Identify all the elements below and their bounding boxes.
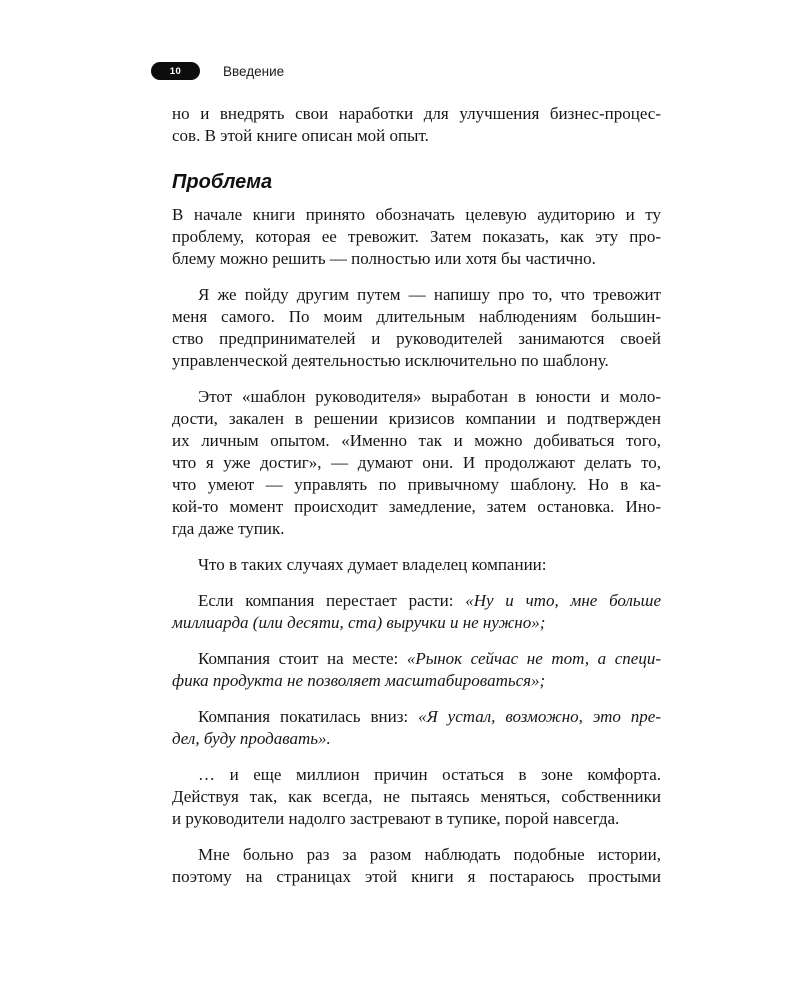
text-line: фика продукта не позволяет масштабироват…: [172, 670, 661, 692]
book-page: 10 Введение но и внедрять свои наработки…: [0, 0, 800, 1000]
text-line: Этот «шаблон руководителя» выработан в ю…: [172, 386, 661, 408]
text-line: ство предпринимателей и руководителей за…: [172, 328, 661, 350]
paragraph: Мне больно раз за разом наблюдать подобн…: [172, 844, 661, 888]
text-line: гда даже тупик.: [172, 518, 661, 540]
text-line: Действуя так, как всегда, не пытаясь мен…: [172, 786, 661, 808]
text-line: управленческой деятельностью исключитель…: [172, 350, 661, 372]
paragraph: … и еще миллион причин остаться в зоне к…: [172, 764, 661, 830]
text-line: миллиарда (или десяти, ста) выручки и не…: [172, 612, 661, 634]
text-line: проблему, которая ее тревожит. Затем пок…: [172, 226, 661, 248]
text-line: дел, буду продавать».: [172, 728, 661, 750]
text-line: поэтому на страницах этой книги я постар…: [172, 866, 661, 888]
text-line: Если компания перестает расти: «Ну и что…: [172, 590, 661, 612]
text-line: сов. В этой книге описан мой опыт.: [172, 125, 661, 147]
text-line: … и еще миллион причин остаться в зоне к…: [172, 764, 661, 786]
paragraph: Компания стоит на месте: «Рынок сейчас н…: [172, 648, 661, 692]
paragraph: Этот «шаблон руководителя» выработан в ю…: [172, 386, 661, 540]
text-line: Компания покатилась вниз: «Я устал, возм…: [172, 706, 661, 728]
paragraph: но и внедрять свои наработки для улучшен…: [172, 103, 661, 147]
text-line: но и внедрять свои наработки для улучшен…: [172, 103, 661, 125]
section-heading: Проблема: [172, 169, 661, 195]
paragraph: Компания покатилась вниз: «Я устал, возм…: [172, 706, 661, 750]
text-line: что умеют — управлять по привычному шабл…: [172, 474, 661, 496]
paragraph: В начале книги принято обозначать целеву…: [172, 204, 661, 270]
text-line: блему можно решить — полностью или хотя …: [172, 248, 661, 270]
text-line: меня самого. По моим длительным наблюден…: [172, 306, 661, 328]
text-line: что я уже достиг», — думают они. И продо…: [172, 452, 661, 474]
text-line: Компания стоит на месте: «Рынок сейчас н…: [172, 648, 661, 670]
text-line: В начале книги принято обозначать целеву…: [172, 204, 661, 226]
page-header: 10 Введение: [151, 62, 284, 80]
paragraph: Что в таких случаях думает владелец комп…: [172, 554, 661, 576]
page-content: но и внедрять свои наработки для улучшен…: [172, 103, 661, 902]
paragraph: Я же пойду другим путем — напишу про то,…: [172, 284, 661, 372]
text-line: кой-то момент происходит замедление, зат…: [172, 496, 661, 518]
text-line: Я же пойду другим путем — напишу про то,…: [172, 284, 661, 306]
chapter-title: Введение: [223, 64, 284, 79]
text-line: Что в таких случаях думает владелец комп…: [172, 554, 661, 576]
text-line: их личным опытом. «Именно так и можно до…: [172, 430, 661, 452]
text-line: и руководители надолго застревают в тупи…: [172, 808, 661, 830]
text-line: Мне больно раз за разом наблюдать подобн…: [172, 844, 661, 866]
paragraph: Если компания перестает расти: «Ну и что…: [172, 590, 661, 634]
text-line: дости, закален в решении кризисов компан…: [172, 408, 661, 430]
page-number-badge: 10: [151, 62, 200, 80]
